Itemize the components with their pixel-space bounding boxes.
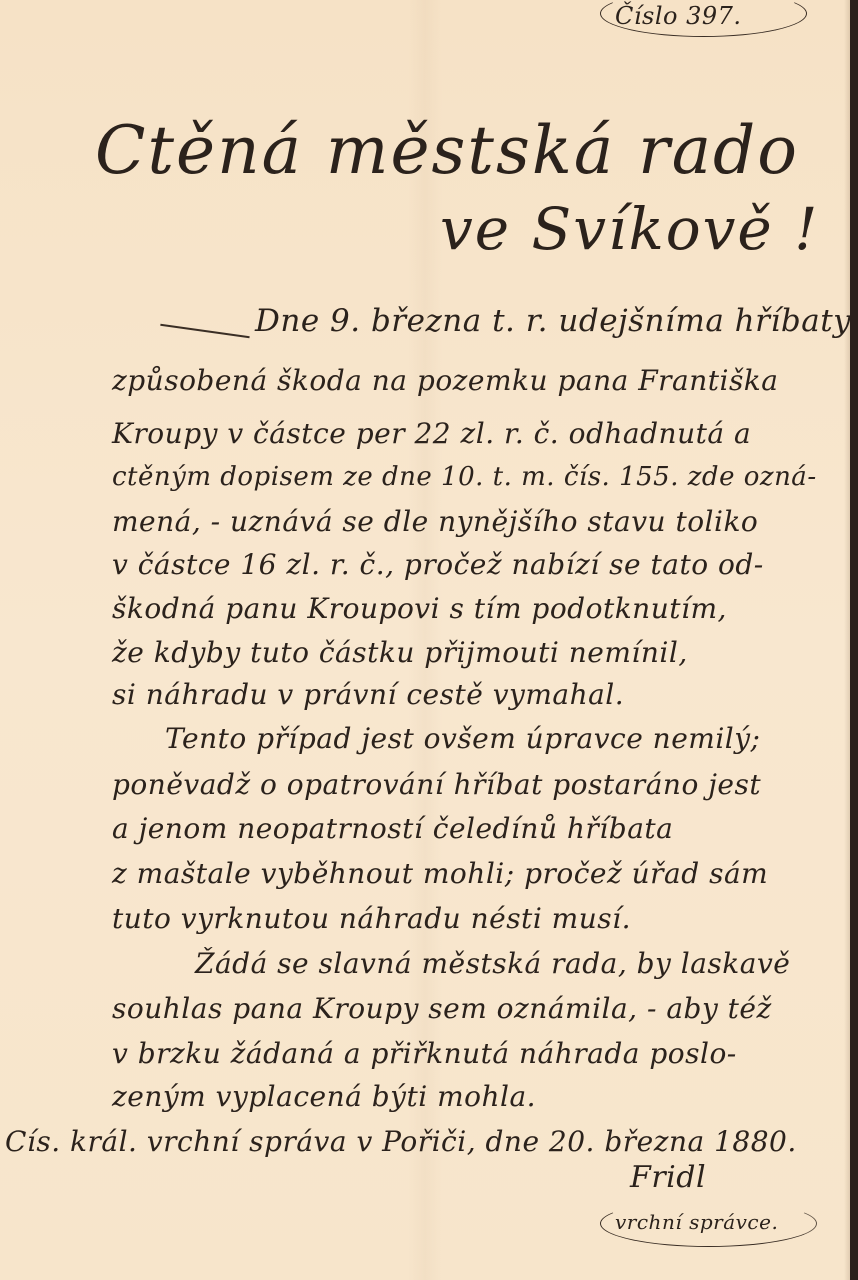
signature-title: vrchní správce.: [615, 1210, 778, 1234]
salutation-line-2: ve Svíkově !: [440, 195, 819, 263]
salutation-line-1: Ctěná městská rado: [95, 112, 799, 189]
body-line: v částce 16 zl. r. č., pročež nabízí se …: [112, 548, 764, 581]
body-line: a jenom neopatrností čeledínů hříbata: [112, 812, 673, 845]
body-line: Kroupy v částce per 22 zl. r. č. odhadnu…: [112, 417, 751, 450]
body-line: mená, - uznává se dle nynějšího stavu to…: [112, 505, 758, 538]
reference-number: Číslo 397.: [615, 2, 742, 30]
body-line: souhlas pana Kroupy sem oznámila, - aby …: [112, 992, 772, 1025]
signature-name: Fridl: [630, 1160, 706, 1195]
body-line: Žádá se slavná městská rada, by laskavě: [195, 947, 790, 980]
body-line: tuto vyrknutou náhradu nésti musí.: [112, 902, 631, 935]
body-line: Tento případ jest ovšem úpravce nemilý;: [165, 722, 760, 755]
body-line: z maštale vyběhnout mohli; pročež úřad s…: [112, 857, 768, 890]
body-line: ctěným dopisem ze dne 10. t. m. čís. 155…: [112, 462, 817, 492]
body-line: že kdyby tuto částku přijmouti nemínil,: [112, 636, 688, 669]
body-line: způsobená škoda na pozemku pana Františk…: [112, 364, 778, 397]
body-line: Dne 9. března t. r. udejšníma hříbaty: [255, 303, 851, 339]
body-line: zeným vyplacená býti mohla.: [112, 1080, 536, 1113]
closing-place-date: Cís. král. vrchní správa v Pořiči, dne 2…: [5, 1125, 797, 1158]
body-line: poněvadž o opatrování hříbat postaráno j…: [112, 768, 761, 801]
body-line: v brzku žádaná a přiřknutá náhrada poslo…: [112, 1037, 737, 1070]
body-line: škodná panu Kroupovi s tím podotknutím,: [112, 592, 727, 625]
body-line: si náhradu v právní cestě vymahal.: [112, 678, 624, 711]
page-right-edge: [850, 0, 858, 1280]
